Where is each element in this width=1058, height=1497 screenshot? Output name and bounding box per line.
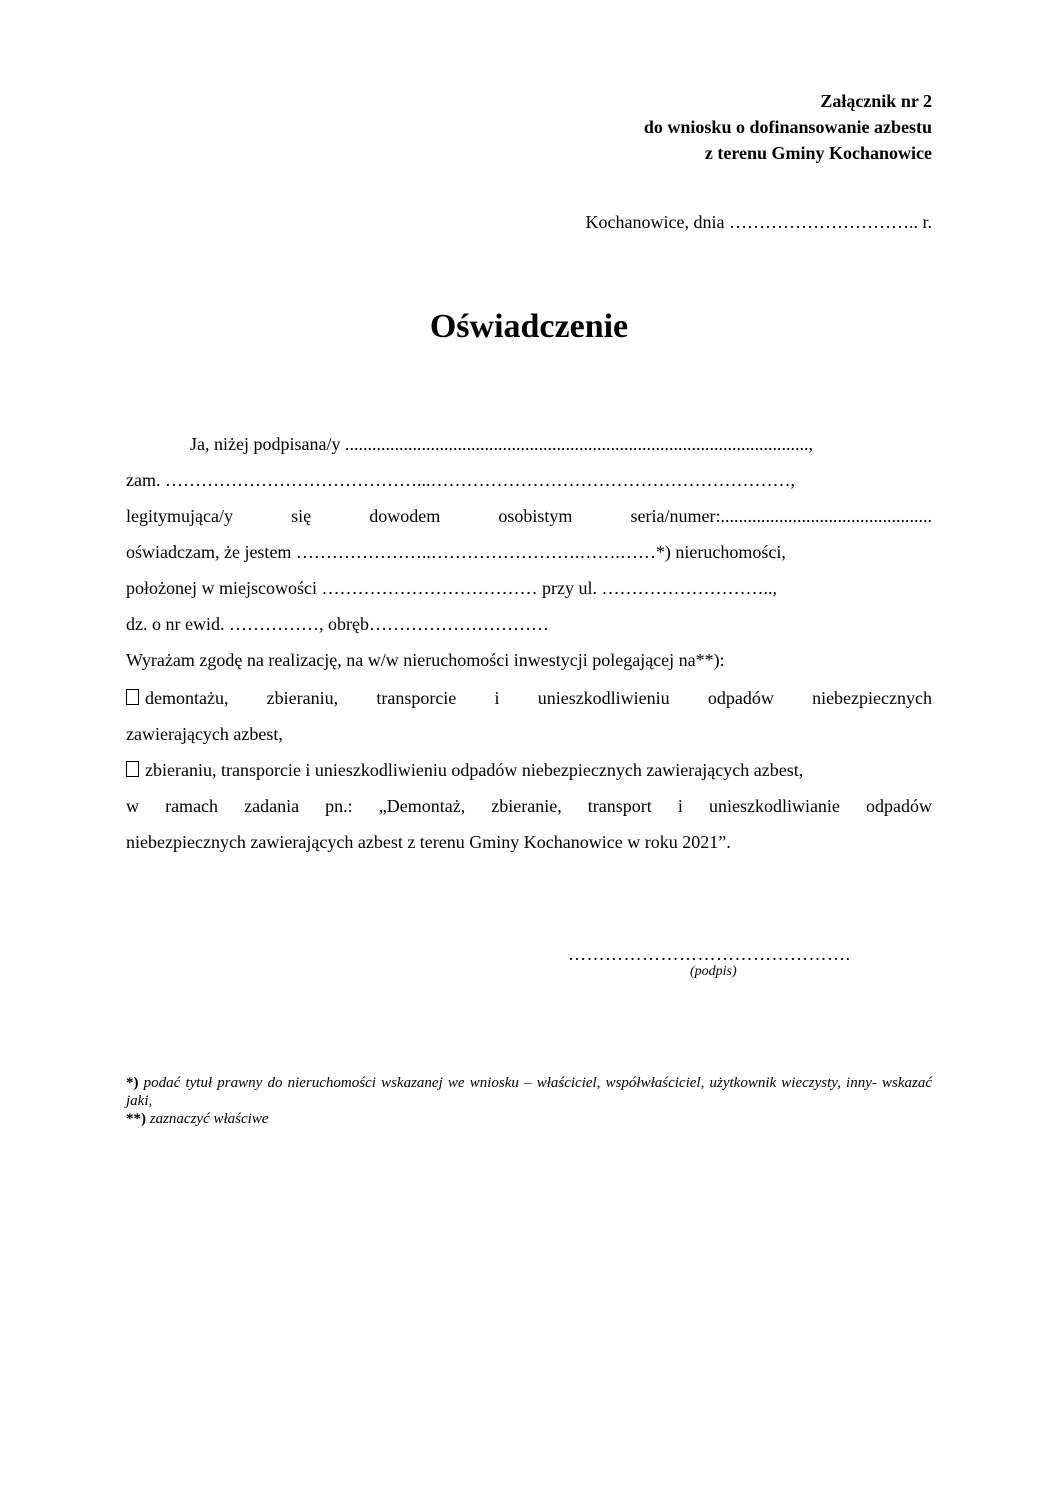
- option-collection: zbieraniu, transporcie i unieszkodliwien…: [126, 758, 932, 782]
- field-location-line: położonej w miejscowości ……………………………… pr…: [126, 576, 932, 600]
- attachment-municipality: z terenu Gminy Kochanowice: [705, 140, 932, 166]
- option-demolition-continued: zawierających azbest,: [126, 722, 932, 746]
- date-line: Kochanowice, dnia ………………………….. r.: [586, 212, 932, 233]
- field-id-line: legitymująca/y się dowodem osobistym ser…: [126, 504, 932, 528]
- option-demolition-label: demontażu, zbieraniu, transporcie i unie…: [145, 688, 932, 708]
- task-line-1: w ramach zadania pn.: „Demontaż, zbieran…: [126, 794, 932, 818]
- field-address-line: zam. ……………………………………...…………………………………………………: [126, 468, 932, 492]
- consent-line: Wyrażam zgodę na realizację, na w/w nier…: [126, 648, 932, 672]
- footnote-1-marker: *): [126, 1075, 139, 1091]
- option-collection-label: zbieraniu, transporcie i unieszkodliwien…: [145, 760, 803, 780]
- footnote-2-text: zaznaczyć właściwe: [146, 1111, 268, 1127]
- document-title: Oświadczenie: [0, 308, 1058, 346]
- option-demolition: demontażu, zbieraniu, transporcie i unie…: [126, 686, 932, 710]
- checkbox-demolition[interactable]: [126, 689, 139, 705]
- field-parcel-line: dz. o nr ewid. ……………, obręb…………………………: [126, 612, 932, 636]
- field-name-line: Ja, niżej podpisana/y ..................…: [126, 432, 932, 456]
- footnote-2: **) zaznaczyć właściwe: [126, 1110, 932, 1128]
- checkbox-collection[interactable]: [126, 761, 139, 777]
- footnote-1-text: podać tytuł prawny do nieruchomości wska…: [126, 1075, 932, 1109]
- signature-field: ……………………………………….: [568, 944, 851, 965]
- attachment-subtitle: do wniosku o dofinansowanie azbestu: [644, 114, 932, 140]
- signature-label: (podpis): [690, 964, 737, 980]
- footnote-1: *) podać tytuł prawny do nieruchomości w…: [126, 1074, 932, 1110]
- attachment-number: Załącznik nr 2: [820, 88, 932, 114]
- task-line-2: niebezpiecznych zawierających azbest z t…: [126, 830, 932, 854]
- footnote-2-marker: **): [126, 1111, 146, 1127]
- field-legal-title-line: oświadczam, że jestem …………………..…………………….…: [126, 540, 932, 564]
